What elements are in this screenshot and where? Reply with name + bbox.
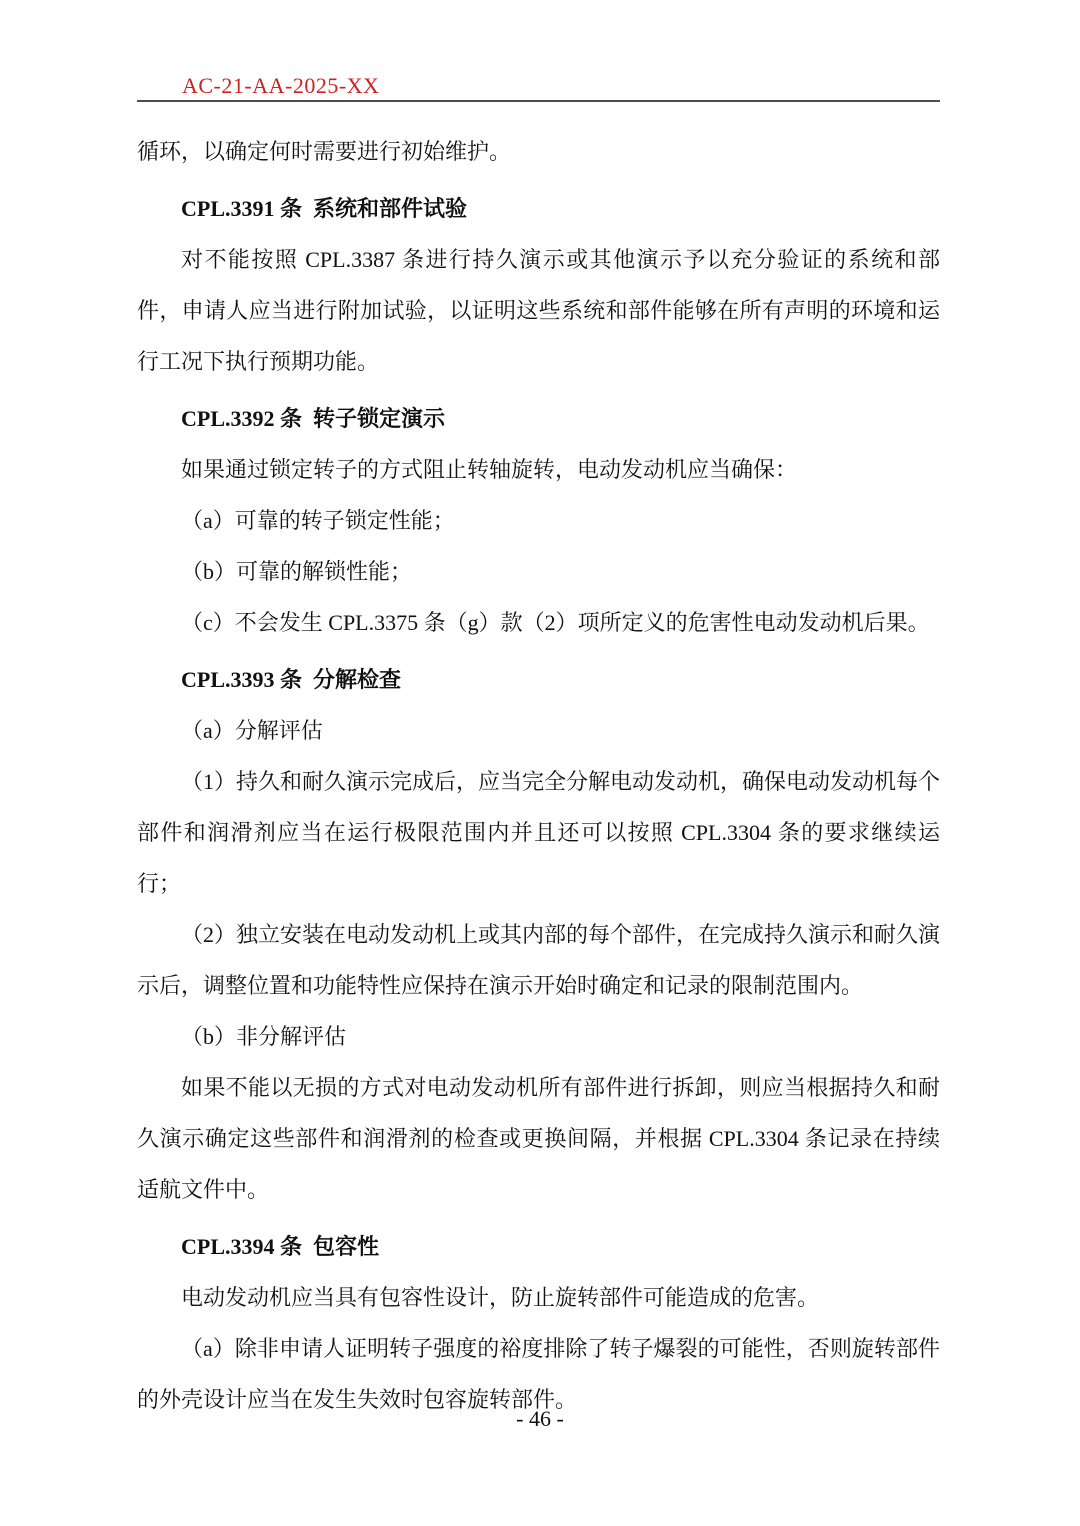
section-heading-cpl3393: CPL.3393 条分解检查	[137, 654, 940, 705]
section-code: CPL.3392 条	[181, 406, 302, 431]
document-body: 循环，以确定何时需要进行初始维护。 CPL.3391 条系统和部件试验 对不能按…	[137, 126, 940, 1425]
page-header: AC-21-AA-2025-XX	[137, 0, 940, 102]
section-title: 分解检查	[313, 667, 401, 692]
section-title: 转子锁定演示	[313, 406, 445, 431]
section-title: 系统和部件试验	[313, 196, 467, 221]
body-paragraph-item-c: （c）不会发生 CPL.3375 条（g）款（2）项所定义的危害性电动发动机后果…	[137, 597, 940, 648]
body-paragraph-item-b: （b）可靠的解锁性能；	[137, 546, 940, 597]
section-code: CPL.3394 条	[181, 1234, 302, 1259]
page-footer: - 46 -	[0, 1405, 1080, 1433]
body-paragraph: 电动发动机应当具有包容性设计，防止旋转部件可能造成的危害。	[137, 1272, 940, 1323]
section-heading-cpl3391: CPL.3391 条系统和部件试验	[137, 183, 940, 234]
body-paragraph-item-a: （a）分解评估	[137, 705, 940, 756]
body-paragraph-item-2: （2）独立安装在电动发动机上或其内部的每个部件，在完成持久演示和耐久演示后，调整…	[137, 909, 940, 1011]
body-paragraph-intro: 循环，以确定何时需要进行初始维护。	[137, 126, 940, 177]
body-paragraph: 如果不能以无损的方式对电动发动机所有部件进行拆卸，则应当根据持久和耐久演示确定这…	[137, 1062, 940, 1215]
page-number: - 46 -	[516, 1406, 564, 1431]
body-paragraph-item-1: （1）持久和耐久演示完成后，应当完全分解电动发动机，确保电动发动机每个部件和润滑…	[137, 756, 940, 909]
section-code: CPL.3391 条	[181, 196, 302, 221]
document-number: AC-21-AA-2025-XX	[182, 73, 379, 99]
section-code: CPL.3393 条	[181, 667, 302, 692]
body-paragraph-item-a: （a）可靠的转子锁定性能；	[137, 495, 940, 546]
body-paragraph-item-b: （b）非分解评估	[137, 1011, 940, 1062]
body-paragraph: 对不能按照 CPL.3387 条进行持久演示或其他演示予以充分验证的系统和部件，…	[137, 234, 940, 387]
document-page: AC-21-AA-2025-XX 循环，以确定何时需要进行初始维护。 CPL.3…	[0, 0, 1080, 1526]
section-heading-cpl3394: CPL.3394 条包容性	[137, 1221, 940, 1272]
section-heading-cpl3392: CPL.3392 条转子锁定演示	[137, 393, 940, 444]
body-paragraph: 如果通过锁定转子的方式阻止转轴旋转，电动发动机应当确保：	[137, 444, 940, 495]
section-title: 包容性	[313, 1234, 379, 1259]
